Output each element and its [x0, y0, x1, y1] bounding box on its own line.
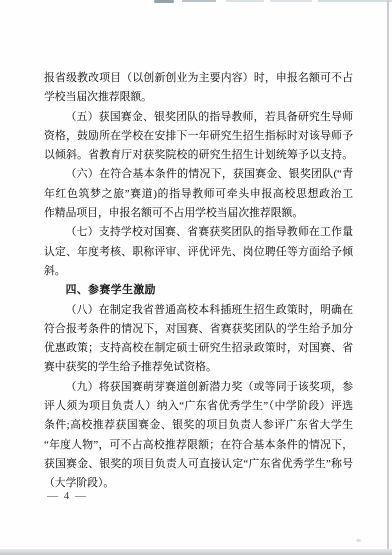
scan-edge-right: [387, 0, 389, 555]
text-line: 资格，鼓励所在学校在安排下一年研究生招生指标时对该导师予: [44, 127, 353, 146]
text-line: （五）获国赛金、银奖团队的指导教师，若具备研究生导师: [44, 108, 353, 127]
text-line: （六）在符合基本条件的情况下，获国赛金、银奖团队(“青: [44, 165, 353, 184]
text-line: 年红色筑梦之旅”赛道)的指导教师可牵头申报高校思想政治工: [44, 185, 353, 204]
text-line: 获国赛金、银奖的项目负责人可直接认定“广东省优秀学生”称号: [44, 455, 353, 474]
scan-artifact-top-edge: [226, 0, 264, 2]
text-line: （九）将获国赛萌芽赛道创新潜力奖（或等同于该奖项，参: [44, 378, 353, 397]
text-line: 以倾斜。省教育厅对获奖院校的研究生招生计划统筹予以支持。: [44, 146, 353, 165]
text-line: 条件;高校推荐获国赛金、银奖的项目负责人参评广东省大学生: [44, 416, 353, 435]
text-line: “年度人物”，可不占高校推荐限额；在符合基本条件的情况下，: [44, 436, 353, 455]
scan-artifact-top-edge: [154, 0, 174, 3]
scan-artifact-top-edge: [270, 0, 312, 2]
scan-artifact-top-edge: [318, 0, 392, 2]
text-line: 符合报考条件的情况下，对国赛、省赛获奖团队的学生给予加分: [44, 320, 353, 339]
text-line: 优惠政策；支持高校在制定硕士研究生招录政策时，对国赛、省: [44, 339, 353, 358]
text-line: 评人须为项目负责人）纳入“广东省优秀学生”（中学阶段）评选: [44, 397, 353, 416]
text-line: 报省级教改项目（以创新创业为主要内容）时，申报名额可不占: [44, 69, 353, 88]
text-line: 学校当届次推荐限额。: [44, 88, 353, 107]
page-number: — 4 —: [47, 490, 88, 502]
text-line: 作精品项目，申报名额可不占用学校当届次推荐限额。: [44, 204, 353, 223]
section-heading: 四、参赛学生激励: [44, 281, 353, 300]
text-line: 认定、年度考核、职称评审、评优评先、岗位聘任等方面给予倾: [44, 243, 353, 262]
text-line: 斜。: [44, 262, 353, 281]
document-page: 报省级教改项目（以创新创业为主要内容）时，申报名额可不占学校当届次推荐限额。（五…: [0, 0, 392, 555]
scan-edge-bottom: [0, 549, 392, 555]
scan-artifact-top-edge: [182, 0, 216, 2]
text-line: （八）在制定我省普通高校本科插班生招生政策时，明确在: [44, 301, 353, 320]
text-line: （七）支持学校对国赛、省赛获奖团队的指导教师在工作量: [44, 223, 353, 242]
scan-smudge: [356, 539, 361, 542]
document-text: 报省级教改项目（以创新创业为主要内容）时，申报名额可不占学校当届次推荐限额。（五…: [44, 69, 353, 494]
text-line: 赛中获奖的学生给予推荐免试资格。: [44, 358, 353, 377]
text-line: （大学阶段）。: [44, 474, 353, 493]
